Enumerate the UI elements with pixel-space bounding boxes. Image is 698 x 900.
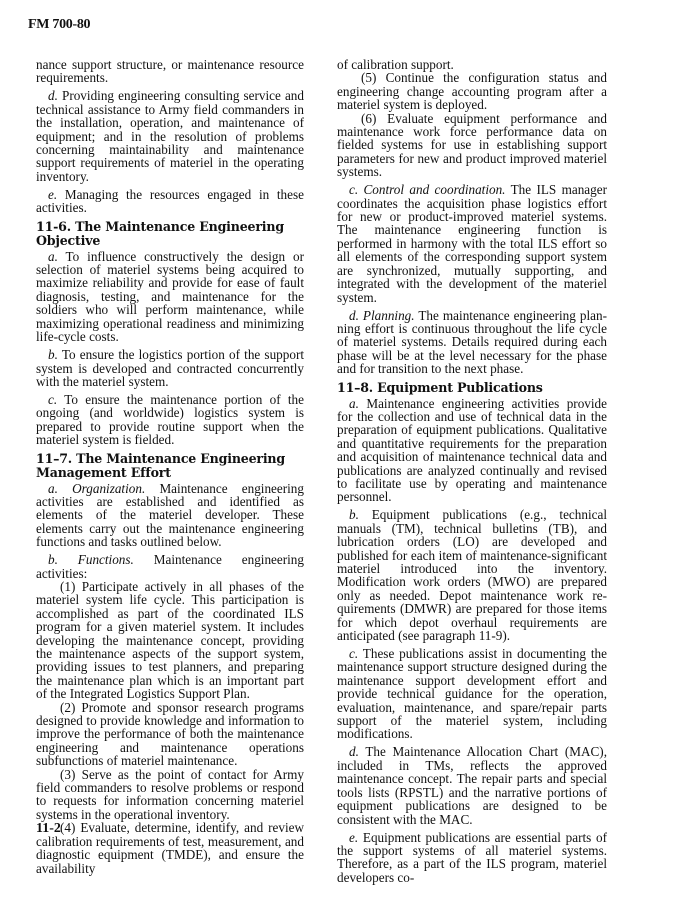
paragraph-text: To ensure the logistics portion of the s… <box>36 347 304 389</box>
running-head: FM 700-80 <box>28 17 90 33</box>
section-heading-11-6: 11-6. The Maintenance Engineering Object… <box>36 220 304 248</box>
continued-paragraph: nance support structure, or maintenance … <box>36 58 304 85</box>
paragraph-text: These publications assist in documenting… <box>337 646 607 741</box>
function-item-6: (6) Evaluate equipment performance and m… <box>337 112 607 179</box>
paragraph-11-8-d: d. The Maintenance Allocation Chart (MAC… <box>337 745 607 825</box>
function-item-4: (4) Evaluate, determine, identify, and r… <box>36 821 304 875</box>
paragraph-d: d. Providing engineering consulting serv… <box>36 89 304 183</box>
paragraph-11-8-e: e. Equipment publications are essential … <box>337 831 607 885</box>
paragraph-text: Managing the resources engaged in these … <box>36 187 304 215</box>
paragraph-11-6-c: c. To ensure the maintenance portion of … <box>36 393 304 447</box>
section-heading-11-8: 11–8. Equipment Publications <box>337 381 607 395</box>
function-item-5: (5) Continue the configuration status an… <box>337 71 607 111</box>
paragraph-11-7-b: b. Functions. Maintenance engineering ac… <box>36 553 304 580</box>
function-item-2: (2) Promote and sponsor research program… <box>36 701 304 768</box>
paragraph-11-7-a: a. Organization. Maintenance engineering… <box>36 482 304 549</box>
paragraph-e: e. Managing the resources engaged in the… <box>36 188 304 215</box>
paragraph-text: The ILS manager co­ordinates the acquisi… <box>337 182 607 304</box>
left-column: nance support structure, or maintenance … <box>36 58 304 875</box>
section-heading-11-7: 11–7. The Maintenance Engineering Manage… <box>36 452 304 480</box>
paragraph-11-6-a: a. To influence constructively the desig… <box>36 250 304 344</box>
continued-text: of calibration support. <box>337 58 607 71</box>
function-item-1: (1) Participate actively in all phases o… <box>36 580 304 701</box>
paragraph-11-8-a: a. Maintenance engineering activities pr… <box>337 397 607 504</box>
paragraph-text: To ensure the maintenance portion of the… <box>36 392 304 447</box>
paragraph-text: Equipment publications (e.g., technical … <box>337 507 607 643</box>
function-item-3: (3) Serve as the point of contact for Ar… <box>36 768 304 822</box>
paragraph-11-7-d: d. Planning. The maintenance engineering… <box>337 309 607 376</box>
paragraph-text: To influence constructively the design o… <box>36 249 304 344</box>
paragraph-text: Providing engineering consulting service… <box>36 88 304 183</box>
paragraph-text: Equipment publications are essential par… <box>337 830 607 885</box>
paragraph-text: Maintenance engineering activities provi… <box>337 396 607 505</box>
paragraph-11-6-b: b. To ensure the logistics portion of th… <box>36 348 304 388</box>
page-number: 11-2 <box>36 821 61 837</box>
paragraph-text: The Maintenance Allocation Chart (MAC), … <box>337 744 607 826</box>
document-page: FM 700-80 nance support structure, or ma… <box>0 0 698 900</box>
paragraph-11-8-b: b. Equipment publications (e.g., technic… <box>337 508 607 642</box>
paragraph-11-8-c: c. These publications assist in document… <box>337 647 607 741</box>
paragraph-11-7-c: c. Control and coordination. The ILS man… <box>337 183 607 304</box>
right-column: of calibration support. (5) Continue the… <box>337 58 607 889</box>
